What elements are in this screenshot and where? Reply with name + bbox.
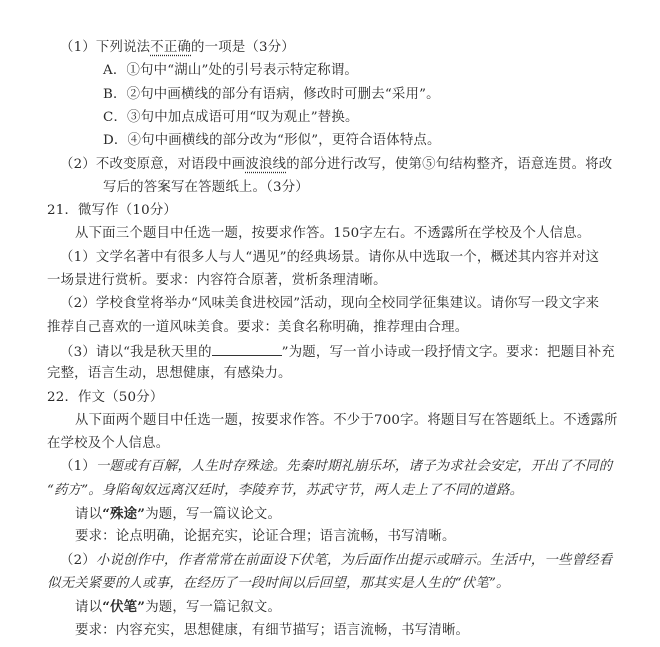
stem-text: 的部分进行改写，使第⑤句结构整齐，语意连贯。将改 (286, 157, 612, 172)
q22-item2-requirement: 要求：内容充实，思想健康，有细节描写；语言流畅，书写清晰。 (75, 621, 469, 641)
essay-title: “殊途” (102, 506, 145, 522)
option-d: D．④句中画横线的部分改为“形似”，更符合语体特点。 (103, 131, 441, 151)
emphasized-text: 波浪线 (245, 157, 286, 172)
option-a: A．①句中“湖山”处的引号表示特定称谓。 (103, 61, 358, 81)
essay-title: “伏笔” (102, 599, 145, 615)
prompt-text: 请以 (75, 507, 102, 522)
exam-page: （1）下列说法不正确的一项是（3分） A．①句中“湖山”处的引号表示特定称谓。 … (0, 0, 660, 647)
q22-item1-requirement: 要求：论点明确，论据充实，论证合理；语言流畅，书写清晰。 (75, 527, 456, 547)
quoted-material: 小说创作中，作者常常在前面设下伏笔，为后面作出提示或暗示。生活中，一些曾经看 (96, 553, 612, 568)
q21-item2-line1: （2）学校食堂将举办“风味美食进校园”活动，现向全校同学征集建议。请你写一段文字… (60, 294, 599, 314)
prompt-text: 为题，写一篇议论文。 (145, 507, 281, 522)
stem-text: （1）下列说法 (60, 40, 150, 55)
prompt-text: 请以 (75, 600, 102, 615)
item-label: （2） (60, 553, 96, 568)
q21-item2-line2: 推荐自己喜欢的一道风味美食。要求：美食名称明确，推荐理由合理。 (47, 318, 468, 338)
prompt-text: 为题，写一篇记叙文。 (145, 600, 281, 615)
q22-item1-line2: “药方”。身陷匈奴远离汉廷时，李陵弃节，苏武守节，两人走上了不同的道路。 (47, 481, 523, 501)
q22-item2-line2: 似无关紧要的人或事，在经历了一段时间以后回望，那其实是人生的“伏笔”。 (47, 574, 510, 594)
q20-part2-line1: （2）不改变原意，对语段中画波浪线的部分进行改写，使第⑤句结构整齐，语意连贯。将… (60, 155, 612, 175)
fill-in-blank (212, 341, 282, 356)
emphasized-text: 不正确 (150, 40, 191, 55)
q22-title: 22．作文（50分） (47, 388, 163, 408)
quoted-material: 一题或有百解，人生时存殊途。先秦时期礼崩乐坏，诸子为求社会安定，开出了不同的 (96, 459, 612, 474)
q21-item3-line2: 完整，语言生动，思想健康，有感染力。 (47, 364, 292, 384)
q20-part2-line2: 写后的答案写在答题纸上。（3分） (103, 178, 309, 198)
q22-item1-prompt: 请以“殊途”为题，写一篇议论文。 (75, 504, 281, 525)
q22-item2-line1: （2）小说创作中，作者常常在前面设下伏笔，为后面作出提示或暗示。生活中，一些曾经… (60, 551, 612, 571)
q22-intro-line1: 从下面两个题目中任选一题，按要求作答。不少于700字。将题目写在答题纸上。不透露… (75, 411, 618, 431)
option-b: B．②句中画横线的部分有语病，修改时可删去“采用”。 (103, 85, 440, 105)
q20-part1-stem: （1）下列说法不正确的一项是（3分） (60, 38, 295, 58)
item-label: （1） (60, 459, 96, 474)
q21-item1-line2: 一场景进行赏析。要求：内容符合原著，赏析条理清晰。 (47, 271, 387, 291)
stem-text: 的一项是（3分） (191, 40, 295, 55)
q22-item2-prompt: 请以“伏笔”为题，写一篇记叙文。 (75, 597, 281, 618)
q21-item1-line1: （1）文学名著中有很多人与人“遇见”的经典场景。请你从中选取一个，概述其内容并对… (60, 248, 599, 268)
q21-title: 21．微写作（10分） (47, 201, 177, 221)
stem-text: （3）请以“我是秋天里的 (60, 345, 212, 360)
q22-intro-line2: 在学校及个人信息。 (47, 434, 169, 454)
option-c: C．③句中加点成语可用“叹为观止”替换。 (103, 108, 359, 128)
stem-text: ”为题，写一首小诗或一段抒情文字。要求：把题目补充 (282, 345, 615, 360)
q22-item1-line1: （1）一题或有百解，人生时存殊途。先秦时期礼崩乐坏，诸子为求社会安定，开出了不同… (60, 457, 612, 477)
q21-item3-line1: （3）请以“我是秋天里的”为题，写一首小诗或一段抒情文字。要求：把题目补充 (60, 341, 615, 363)
stem-text: （2）不改变原意，对语段中画 (60, 157, 245, 172)
q21-intro: 从下面三个题目中任选一题，按要求作答。150字左右。不透露所在学校及个人信息。 (75, 224, 590, 244)
